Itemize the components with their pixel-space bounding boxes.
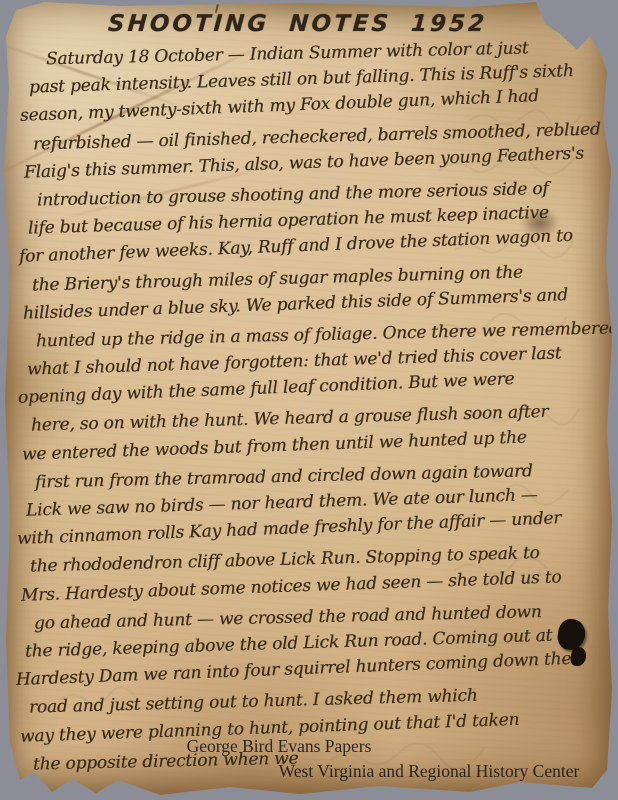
watermark-institution-name: West Virginia and Regional History Cente… (0, 761, 618, 782)
page-title: SHOOTING NOTES 1952 (107, 11, 488, 37)
notebook-page: SHOOTING NOTES 1952 Saturday 18 October … (0, 0, 618, 800)
archive-watermark: George Bird Evans Papers West Virginia a… (0, 736, 618, 782)
ink-smudge (520, 208, 560, 238)
scanned-document-background: SHOOTING NOTES 1952 Saturday 18 October … (0, 0, 618, 800)
watermark-collection-name: George Bird Evans Papers (0, 736, 618, 757)
handwriting-body: Saturday 18 October — Indian Summer with… (16, 46, 612, 779)
